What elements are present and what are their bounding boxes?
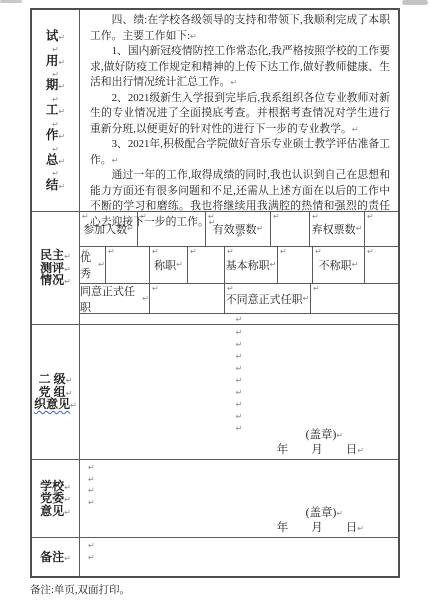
- label-line: 意见: [40, 504, 64, 518]
- seal-placeholder: (盖章): [306, 429, 337, 441]
- pilcrow-mark: ↵: [257, 225, 264, 233]
- committee-seal-block: (盖章)↵ 年 月 日↵: [80, 508, 398, 534]
- label-char: 工: [46, 103, 59, 117]
- row-party-org-opinion: 二 级↵ 党 组↵ 织意见↵ ↵↵↵↵↵↵↵↵↵ (盖章)↵ 年 月 日↵: [32, 325, 398, 460]
- pilcrow-mark: ↵: [80, 387, 398, 399]
- agree-votes-field[interactable]: ↵: [150, 284, 225, 313]
- empty-paragraph-marks: ↵↵: [88, 540, 95, 563]
- disagree-votes-field[interactable]: ↵: [311, 284, 398, 313]
- competent-label-cell: ↵称职↵: [150, 247, 188, 283]
- pilcrow-mark: ↵: [152, 285, 159, 293]
- participants-label-cell: ↵参加人数↵: [80, 212, 138, 246]
- pilcrow-mark: ↵: [356, 225, 363, 233]
- evaluation-grid: ↵参加人数↵ ↵ ↵有效票数↵ ↵ ↵弃权票数↵ ↵ ↵优秀↵ ↵ ↵称职↵ ↵…: [80, 212, 398, 324]
- pilcrow-mark: ↵: [280, 248, 287, 256]
- row-label-party-org-opinion: 二 级↵ 党 组↵ 织意见↵: [32, 325, 80, 459]
- pilcrow-mark: ↵: [208, 213, 215, 221]
- party-org-opinion-area[interactable]: ↵↵↵↵↵↵↵↵↵ (盖章)↵ 年 月 日↵: [80, 325, 398, 459]
- disagree-label-cell: ↵不同意正式任职↵: [225, 284, 311, 313]
- pilcrow-mark: ↵: [58, 157, 65, 166]
- pilcrow-mark: ↵: [190, 248, 197, 256]
- pilcrow-mark: ↵: [64, 554, 71, 563]
- valid-votes-field[interactable]: ↵: [271, 212, 310, 246]
- pilcrow-mark: ↵: [80, 363, 398, 375]
- pilcrow-mark: ↵: [88, 485, 95, 497]
- pilcrow-mark: ↵: [80, 375, 398, 387]
- label-char: 期: [46, 78, 59, 92]
- pilcrow-mark: ↵: [352, 125, 359, 134]
- pilcrow-mark: ↵: [58, 58, 65, 67]
- evaluation-rating-row: ↵优秀↵ ↵ ↵称职↵ ↵ ↵基本称职↵ ↵ ↵不称职↵ ↵: [80, 247, 398, 284]
- paragraph-text: 1、国内新冠疫情防控工作常态化,我严格按照学校的工作要求,做好防疫工作规定和精神…: [90, 45, 390, 88]
- agree-label: 同意正式任职: [80, 283, 142, 315]
- summary-paragraph: 3、2021年,积极配合学院做好音乐专业硕士教学评估准备工作。↵: [90, 137, 390, 168]
- pilcrow-mark: ↵: [88, 540, 95, 552]
- pilcrow-mark: ↵: [127, 225, 134, 233]
- label-char: 作: [46, 128, 59, 142]
- basically-competent-label-cell: ↵基本称职↵: [225, 247, 278, 283]
- incompetent-label: 不称职: [319, 257, 352, 273]
- disagree-label: 不同意正式任职: [226, 291, 303, 307]
- pilcrow-mark: ↵: [227, 285, 234, 293]
- pilcrow-mark: ↵: [88, 552, 95, 564]
- pilcrow-mark: ↵: [88, 462, 95, 474]
- pilcrow-mark: ↵: [80, 411, 398, 423]
- document-page: 试↵ ↵ 用↵ ↵ 期↵ ↵ 工↵ ↵ 作↵ ↵ 总↵ ↵ 结↵ 四、绩:在学校…: [0, 0, 429, 600]
- pilcrow-mark: ↵: [70, 401, 77, 410]
- pilcrow-mark: ↵: [64, 495, 71, 504]
- evaluation-counts-row: ↵参加人数↵ ↵ ↵有效票数↵ ↵ ↵弃权票数↵ ↵: [80, 212, 398, 247]
- pilcrow-mark: ↵: [236, 315, 243, 324]
- pilcrow-mark: ↵: [82, 213, 89, 221]
- summary-paragraph: 四、绩:在学校各级领导的支持和带领下,我顺利完成了本职工作。主要工作如下:↵: [90, 13, 390, 44]
- row-label-democratic-evaluation: 民主↵ 测评↵ 情况↵: [32, 212, 80, 324]
- label-char: 总: [46, 153, 59, 167]
- pilcrow-mark: ↵: [80, 351, 398, 363]
- paragraph-text: 四、绩:在学校各级领导的支持和带领下,我顺利完成了本职工作。主要工作如下:: [90, 14, 390, 42]
- pilcrow-mark: ↵: [64, 508, 71, 517]
- competent-votes-field[interactable]: ↵: [188, 247, 225, 283]
- pilcrow-mark: ↵: [230, 78, 237, 87]
- date-placeholder: 年 月 日: [277, 444, 358, 456]
- basically-competent-votes-field[interactable]: ↵: [278, 247, 313, 283]
- appraisal-form-table: 试↵ ↵ 用↵ ↵ 期↵ ↵ 工↵ ↵ 作↵ ↵ 总↵ ↵ 结↵ 四、绩:在学校…: [30, 8, 400, 578]
- row-label-probation-summary: 试↵ ↵ 用↵ ↵ 期↵ ↵ 工↵ ↵ 作↵ ↵ 总↵ ↵ 结↵: [32, 10, 80, 211]
- pilcrow-mark: ↵: [367, 213, 374, 221]
- abstain-votes-label: 弃权票数: [312, 221, 356, 237]
- label-line-spellcheck-underline: 织意见: [34, 397, 70, 411]
- valid-votes-label-cell: ↵有效票数↵: [206, 212, 271, 246]
- competent-label: 称职: [154, 257, 176, 273]
- row-remarks: 备注↵ ↵↵: [32, 538, 398, 576]
- date-placeholder: 年 月 日: [277, 522, 358, 534]
- pilcrow-mark: ↵: [313, 285, 320, 293]
- excellent-votes-field[interactable]: ↵: [106, 247, 150, 283]
- pilcrow-mark: ↵: [58, 107, 65, 116]
- pilcrow-mark: ↵: [357, 446, 364, 455]
- label-line: 情况: [40, 273, 64, 287]
- evaluation-appointment-row: ↵同意正式任职↵ ↵ ↵不同意正式任职↵ ↵: [80, 284, 398, 314]
- abstain-votes-label-cell: ↵弃权票数↵: [310, 212, 365, 246]
- pilcrow-mark: ↵: [58, 33, 65, 42]
- summary-text-area[interactable]: 四、绩:在学校各级领导的支持和带领下,我顺利完成了本职工作。主要工作如下:↵ 1…: [80, 10, 398, 211]
- row-democratic-evaluation: 民主↵ 测评↵ 情况↵ ↵参加人数↵ ↵ ↵有效票数↵ ↵ ↵弃权票数↵ ↵ ↵…: [32, 212, 398, 325]
- screen-edge-fragment: [0, 0, 22, 3]
- pilcrow-mark: ↵: [273, 213, 280, 221]
- abstain-votes-field[interactable]: ↵: [365, 212, 398, 246]
- pilcrow-mark: ↵: [140, 213, 147, 221]
- pilcrow-mark: ↵: [80, 327, 398, 339]
- pilcrow-mark: ↵: [82, 248, 89, 256]
- summary-paragraph: 1、国内新冠疫情防控工作常态化,我严格按照学校的工作要求,做好防疫工作规定和精神…: [90, 44, 390, 91]
- summary-paragraph: 2、2021级新生入学报到完毕后,我系组织各位专业教师对新生的专业情况进了全面摸…: [90, 91, 390, 138]
- pilcrow-mark: ↵: [64, 483, 71, 492]
- label-line: 备注: [40, 550, 64, 564]
- pilcrow-mark: ↵: [367, 248, 374, 256]
- incompetent-label-cell: ↵不称职↵: [313, 247, 365, 283]
- excellent-label-cell: ↵优秀↵: [80, 247, 106, 283]
- print-instruction-note: 备注:单页,双面打印。: [30, 582, 130, 597]
- basically-competent-label: 基本称职: [226, 257, 270, 273]
- pilcrow-mark: ↵: [80, 339, 398, 351]
- valid-votes-label: 有效票数: [213, 221, 257, 237]
- evaluation-trailing-mark: ↵: [80, 314, 398, 324]
- label-char: 用: [46, 54, 59, 68]
- pilcrow-mark: ↵: [58, 132, 65, 141]
- pilcrow-mark: ↵: [66, 376, 73, 385]
- pilcrow-mark: ↵: [312, 213, 319, 221]
- committee-opinion-area[interactable]: ↵↵↵↵ (盖章)↵ 年 月 日↵: [80, 460, 398, 537]
- pilcrow-mark: ↵: [303, 295, 310, 303]
- row-committee-opinion: 学校↵ 党委↵ 意见↵ ↵↵↵↵ (盖章)↵ 年 月 日↵: [32, 460, 398, 538]
- row-probation-summary: 试↵ ↵ 用↵ ↵ 期↵ ↵ 工↵ ↵ 作↵ ↵ 总↵ ↵ 结↵ 四、绩:在学校…: [32, 10, 398, 212]
- pilcrow-mark: ↵: [142, 295, 149, 303]
- pilcrow-mark: ↵: [82, 285, 89, 293]
- incompetent-votes-field[interactable]: ↵: [365, 247, 398, 283]
- pilcrow-mark: ↵: [58, 182, 65, 191]
- pilcrow-mark: ↵: [357, 524, 364, 533]
- paragraph-text: 3、2021年,积极配合学院做好音乐专业硕士教学评估准备工作。: [90, 138, 390, 166]
- pilcrow-mark: ↵: [64, 265, 71, 274]
- participants-label: 参加人数: [83, 221, 127, 237]
- pilcrow-mark: ↵: [176, 261, 183, 269]
- remarks-area[interactable]: ↵↵: [80, 538, 398, 576]
- party-org-seal-block: (盖章)↵ 年 月 日↵: [80, 430, 398, 456]
- pilcrow-mark: ↵: [336, 509, 343, 518]
- pilcrow-mark: ↵: [108, 248, 115, 256]
- pilcrow-mark: ↵: [112, 156, 119, 165]
- pilcrow-mark: ↵: [98, 261, 105, 269]
- pilcrow-mark: ↵: [270, 261, 277, 269]
- pilcrow-mark: ↵: [80, 399, 398, 411]
- pilcrow-mark: ↵: [64, 277, 71, 286]
- pilcrow-mark: ↵: [315, 248, 322, 256]
- pilcrow-mark: ↵: [64, 252, 71, 261]
- row-label-committee-opinion: 学校↵ 党委↵ 意见↵: [32, 460, 80, 537]
- pilcrow-mark: ↵: [190, 32, 197, 41]
- pilcrow-mark: ↵: [336, 431, 343, 440]
- empty-paragraph-marks: ↵↵↵↵: [88, 462, 95, 508]
- scrollbar-thumb-fragment[interactable]: [402, 0, 428, 5]
- pilcrow-mark: ↵: [152, 248, 159, 256]
- row-label-remarks: 备注↵: [32, 538, 80, 576]
- participants-count-field[interactable]: ↵: [138, 212, 206, 246]
- pilcrow-mark: ↵: [58, 82, 65, 91]
- pilcrow-mark: ↵: [352, 261, 359, 269]
- empty-paragraph-marks: ↵↵↵↵↵↵↵↵↵: [80, 327, 398, 435]
- pilcrow-mark: ↵: [227, 248, 234, 256]
- paragraph-text: 2、2021级新生入学报到完毕后,我系组织各位专业教师对新生的专业情况进了全面摸…: [90, 92, 390, 135]
- agree-label-cell: ↵同意正式任职↵: [80, 284, 150, 313]
- pilcrow-mark: ↵: [88, 474, 95, 486]
- label-char: 试: [46, 29, 59, 43]
- label-char: 结: [46, 178, 59, 192]
- seal-placeholder: (盖章): [306, 507, 337, 519]
- pilcrow-mark: ↵: [88, 497, 95, 509]
